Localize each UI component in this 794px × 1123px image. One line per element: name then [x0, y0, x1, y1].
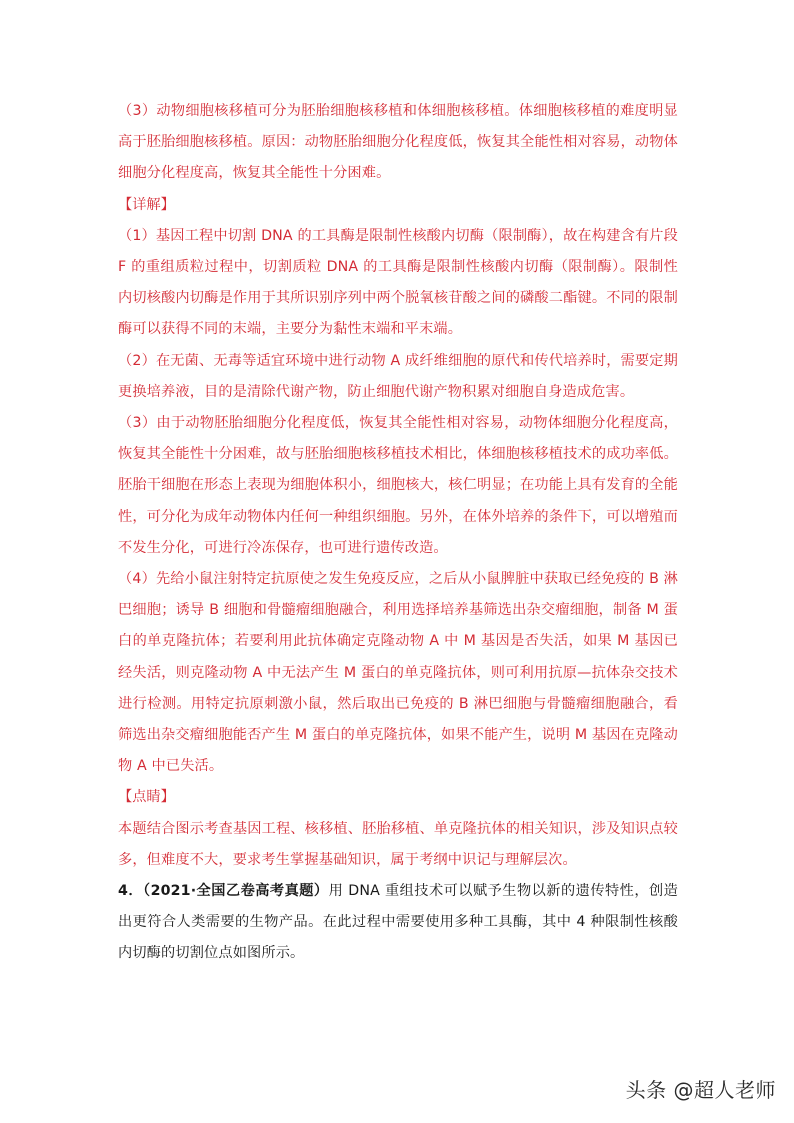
document-page: （3）动物细胞核移植可分为胚胎细胞核移植和体细胞核移植。体细胞核移植的难度明显高…	[0, 0, 794, 1123]
question-source: （2021·全国乙卷高考真题）	[143, 883, 329, 899]
detail-paragraph-2: （2）在无菌、无毒等适宜环境中进行动物 A 成纤维细胞的原代和传代培养时，需要定…	[118, 346, 678, 408]
question-4: 4．（2021·全国乙卷高考真题）用 DNA 重组技术可以赋予生物以新的遗传特性…	[118, 876, 678, 970]
detail-section-label: 【详解】	[118, 190, 678, 221]
detail-paragraph-4: （4）先给小鼠注射特定抗原使之发生免疫反应，之后从小鼠脾脏中获取已经免疫的 B …	[118, 564, 678, 782]
detail-paragraph-1: （1）基因工程中切割 DNA 的工具酶是限制性核酸内切酶（限制酶），故在构建含有…	[118, 221, 678, 346]
document-content: （3）动物细胞核移植可分为胚胎细胞核移植和体细胞核移植。体细胞核移植的难度明显高…	[118, 96, 678, 970]
watermark: 头条 @超人老师	[626, 1074, 776, 1103]
analysis-part3-paragraph: （3）动物细胞核移植可分为胚胎细胞核移植和体细胞核移植。体细胞核移植的难度明显高…	[118, 96, 678, 190]
comment-section-label: 【点睛】	[118, 782, 678, 813]
comment-paragraph: 本题结合图示考查基因工程、核移植、胚胎移植、单克隆抗体的相关知识，涉及知识点较多…	[118, 814, 678, 876]
detail-paragraph-3: （3）由于动物胚胎细胞分化程度低，恢复其全能性相对容易，动物体细胞分化程度高，恢…	[118, 408, 678, 564]
question-number: 4．	[118, 883, 143, 899]
